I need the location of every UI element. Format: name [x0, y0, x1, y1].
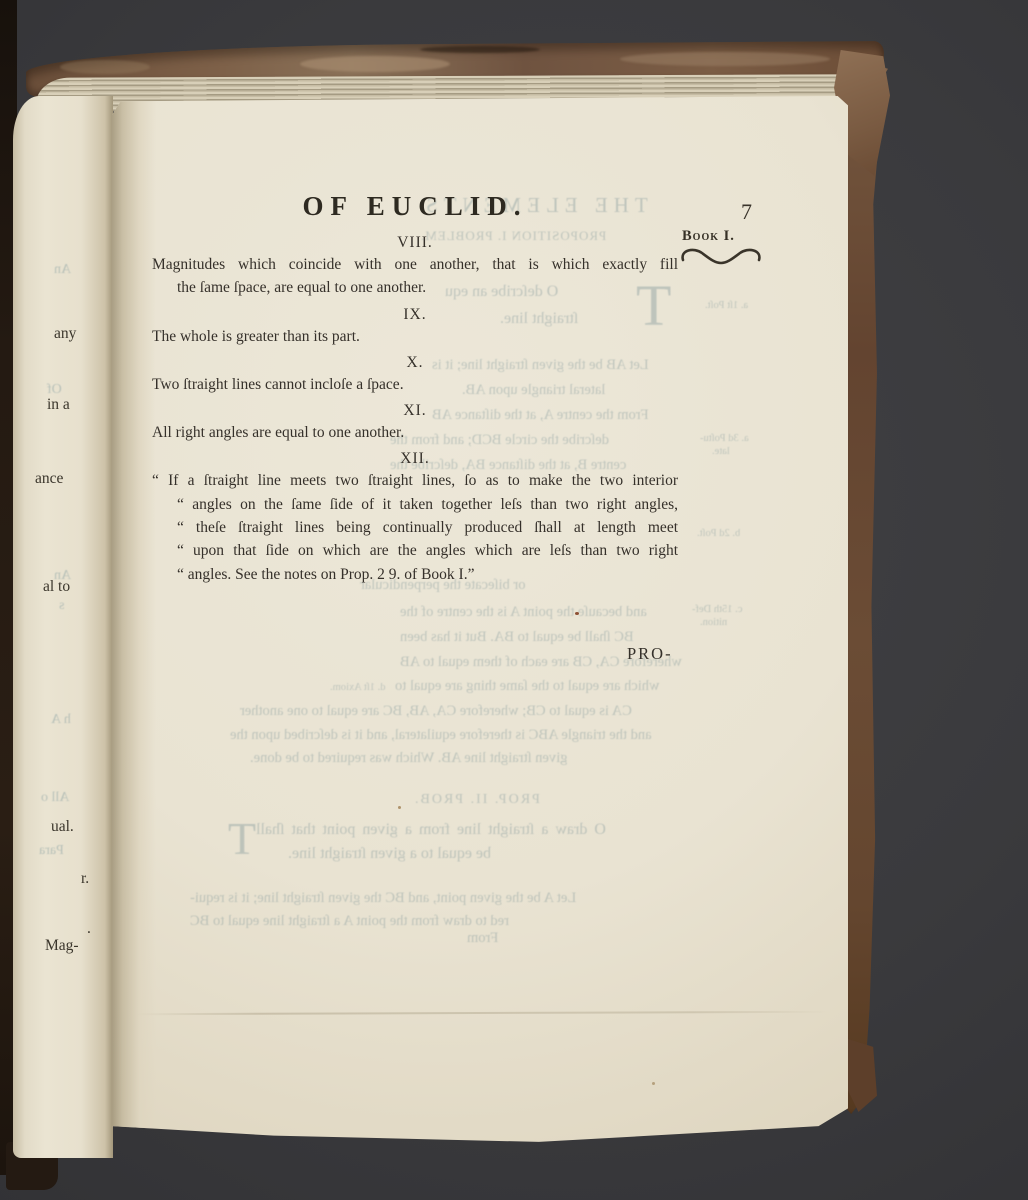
axiom-line: Two ſtraight lines cannot incloſe a ſpac… — [152, 373, 678, 396]
axiom-line: “ angles on the ſame ſide of it taken to… — [152, 493, 678, 516]
edge-ghost-fragment: All o — [41, 790, 69, 806]
edge-text-fragment: Mag- — [45, 937, 79, 955]
catchword: PRO- — [627, 644, 673, 664]
edge-text-fragment: r. — [81, 870, 89, 888]
ghost-line: a. 1ſt Poſt. — [705, 300, 748, 311]
axiom-heading: XI. — [152, 401, 678, 420]
leather-dark-patch — [420, 46, 540, 53]
ghost-line: c. 15th Def- — [692, 604, 742, 615]
margin-note-flourish-icon — [679, 244, 763, 268]
foxing-speck — [398, 806, 401, 809]
axiom-heading: XII. — [152, 449, 678, 468]
ghost-line: b. 2d Poſt. — [697, 528, 740, 539]
axiom-line: “ theſe ſtraight lines being continually… — [152, 516, 678, 539]
ghost-line: T — [228, 812, 256, 865]
ghost-line: d. 1ſt Axiom. — [330, 682, 385, 693]
axiom-line: “ angles. See the notes on Prop. 2 9. of… — [152, 563, 678, 586]
edge-text-fragment: al to — [43, 578, 70, 596]
edge-text-fragment: ance — [35, 470, 63, 488]
ghost-line: From — [467, 930, 498, 947]
ghost-line: red to draw from the point A a ſtraight … — [190, 913, 509, 930]
axiom-line: “ upon that ſide on which are the angles… — [152, 539, 678, 562]
leather-wear-patch — [620, 52, 830, 66]
ghost-line: which are equal to the ſame thing are eq… — [395, 678, 660, 695]
ghost-line: Let A be the given point, and BC the giv… — [190, 890, 576, 907]
edge-ghost-fragment: An — [54, 262, 71, 278]
axiom-heading: IX. — [152, 305, 678, 324]
axiom-line: The whole is greater than its part. — [152, 325, 678, 348]
foxing-speck — [652, 1082, 655, 1085]
page-crease — [136, 1011, 828, 1015]
edge-text-fragment: ual. — [51, 818, 74, 836]
axiom-line: All right angles are equal to one anothe… — [152, 421, 678, 444]
ghost-line: O draw a ſtraight line from a given poin… — [256, 821, 606, 839]
axiom-line: “ If a ſtraight line meets two ſtraight … — [152, 469, 678, 492]
edge-text-fragment: in a — [47, 396, 70, 414]
axiom-line: the ſame ſpace, are equal to one another… — [152, 276, 678, 299]
ghost-line: be equal to a given ſtraight line. — [288, 845, 491, 863]
ghost-line: a. 3d Poſtu- — [700, 433, 749, 444]
leather-wear-patch — [60, 60, 150, 74]
foxing-speck — [575, 612, 579, 615]
edge-text-fragment: any — [54, 325, 76, 343]
running-title: OF EUCLID. — [152, 191, 678, 222]
axiom-heading: X. — [152, 353, 678, 372]
axiom-heading: VIII. — [152, 233, 678, 252]
ghost-line: nition. — [700, 617, 727, 628]
margin-note-book: Book I. — [682, 228, 762, 245]
edge-text-fragment: . — [87, 920, 91, 938]
edge-ghost-fragment: Para — [39, 843, 64, 859]
edge-ghost-fragment: s — [59, 598, 64, 614]
page-number: 7 — [741, 199, 752, 225]
edge-ghost-fragment: h A — [51, 712, 71, 728]
ghost-line: CA is equal to CB; wherefore CA, AB, BC … — [240, 703, 632, 720]
ghost-line: and the triangle ABC is therefore equila… — [230, 727, 652, 744]
leather-wear-patch — [300, 56, 450, 72]
ghost-line: and becauſe the point A is the centre of… — [400, 604, 647, 621]
facing-page-edge: AnOfanyin aanceAnsal toh AAll oual.Parar… — [13, 96, 113, 1158]
book-page: THE ELEMENTSPROPOSITION I. PROBLEM.TO de… — [112, 96, 848, 1144]
right-cover-edge — [842, 56, 888, 1114]
ghost-line: PROP. II. PROB. — [413, 792, 540, 808]
ghost-line: late. — [712, 446, 730, 457]
axiom-line: Magnitudes which coincide with one anoth… — [152, 253, 678, 276]
ghost-line: given ſtraight line AB. Which was requir… — [250, 750, 567, 767]
gutter-shadow — [112, 96, 156, 1144]
ghost-line: BC ſhall be equal to BA. But it has been — [400, 629, 634, 646]
axioms: VIII.Magnitudes which coincide with one … — [152, 228, 678, 586]
